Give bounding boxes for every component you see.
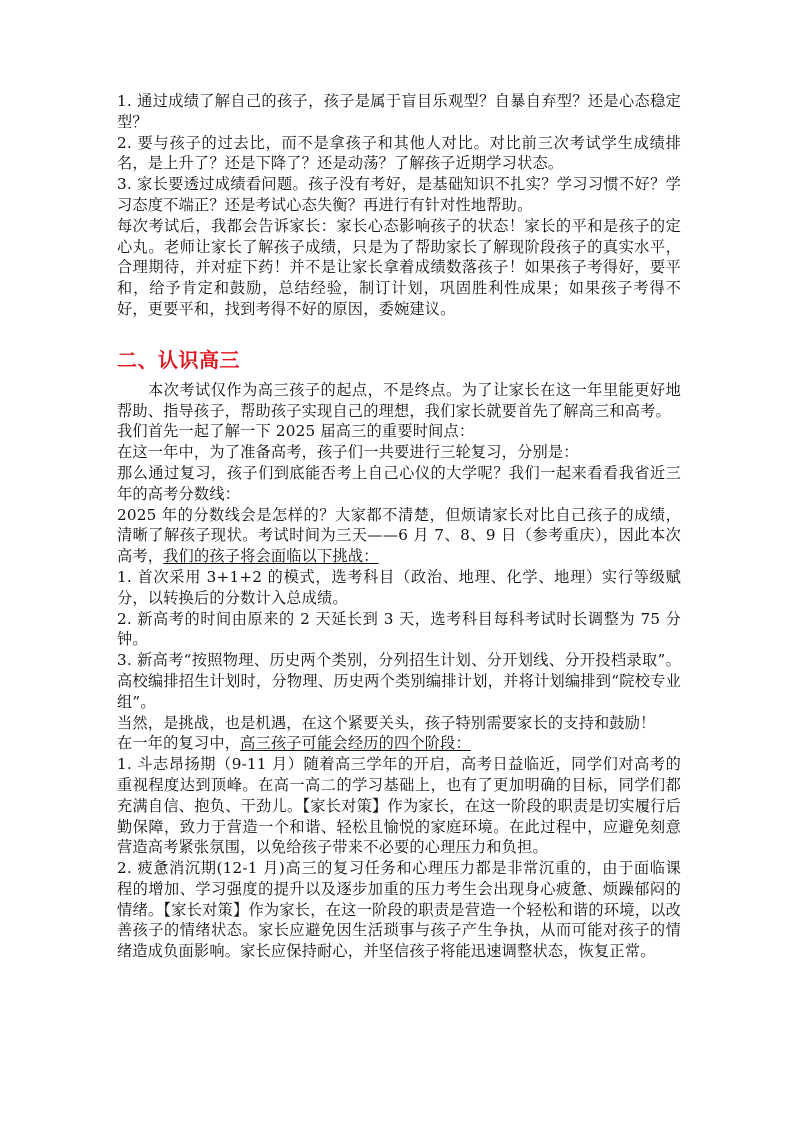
paragraph-point-1: 1. 通过成绩了解自己的孩子，孩子是属于盲目乐观型？自暴自弃型？还是心态稳定型？ — [117, 91, 681, 133]
score-intro: 那么通过复习，孩子们到底能否考上自己心仪的大学呢？我们一起来看看我省近三年的高考… — [117, 463, 681, 505]
support-paragraph: 当然，是挑战，也是机遇，在这个紧要关头，孩子特别需要家长的支持和鼓励！ — [117, 713, 681, 734]
paragraph-point-2: 2. 要与孩子的过去比，而不是拿孩子和其他人对比。对比前三次考试学生成绩排名，是… — [117, 133, 681, 175]
document-page: 1. 通过成绩了解自己的孩子，孩子是属于盲目乐观型？自暴自弃型？还是心态稳定型？… — [117, 91, 681, 962]
stage-item-1: 1. 斗志昂扬期（9-11 月）随着高三学年的开启，高考日益临近，同学们对高考的… — [117, 754, 681, 858]
review-intro: 在这一年中，为了准备高考，孩子们一共要进行三轮复习，分别是： — [117, 442, 681, 463]
stage-item-2: 2. 疲惫消沉期(12-1 月)高三的复习任务和心理压力都是非常沉重的，由于面临… — [117, 858, 681, 962]
intro-paragraph: 本次考试仅作为高三孩子的起点，不是终点。为了让家长在这一年里能更好地帮助、指导孩… — [117, 380, 681, 422]
paragraph-point-3: 3. 家长要透过成绩看问题。孩子没有考好，是基础知识不扎实？学习习惯不好？学习态… — [117, 174, 681, 216]
challenge-item-1: 1. 首次采用 3+1+2 的模式，选考科目（政治、地理、化学、地理）实行等级赋… — [117, 567, 681, 609]
timeline-intro: 我们首先一起了解一下 2025 届高三的重要时间点： — [117, 421, 681, 442]
paragraph-parent-mindset: 每次考试后，我都会告诉家长：家长心态影响孩子的状态！家长的平和是孩子的定心丸。老… — [117, 216, 681, 320]
stages-intro-underlined: 高三孩子可能会经历的四个阶段： — [240, 734, 471, 752]
stages-intro: 在一年的复习中，高三孩子可能会经历的四个阶段： — [117, 733, 681, 754]
challenge-item-3: 3. 新高考“按照物理、历史两个类别，分列招生计划、分开划线、分开投档录取”。高… — [117, 650, 681, 712]
challenge-item-2: 2. 新高考的时间由原来的 2 天延长到 3 天，选考科目每科考试时长调整为 7… — [117, 609, 681, 651]
section-heading: 二、认识高三 — [117, 346, 681, 374]
stages-intro-text: 在一年的复习中， — [117, 734, 240, 752]
challenge-intro: 2025 年的分数线会是怎样的？大家都不清楚，但烦请家长对比自己孩子的成绩，清晰… — [117, 505, 681, 567]
challenge-intro-underlined: 我们的孩子将会面临以下挑战： — [163, 547, 378, 565]
